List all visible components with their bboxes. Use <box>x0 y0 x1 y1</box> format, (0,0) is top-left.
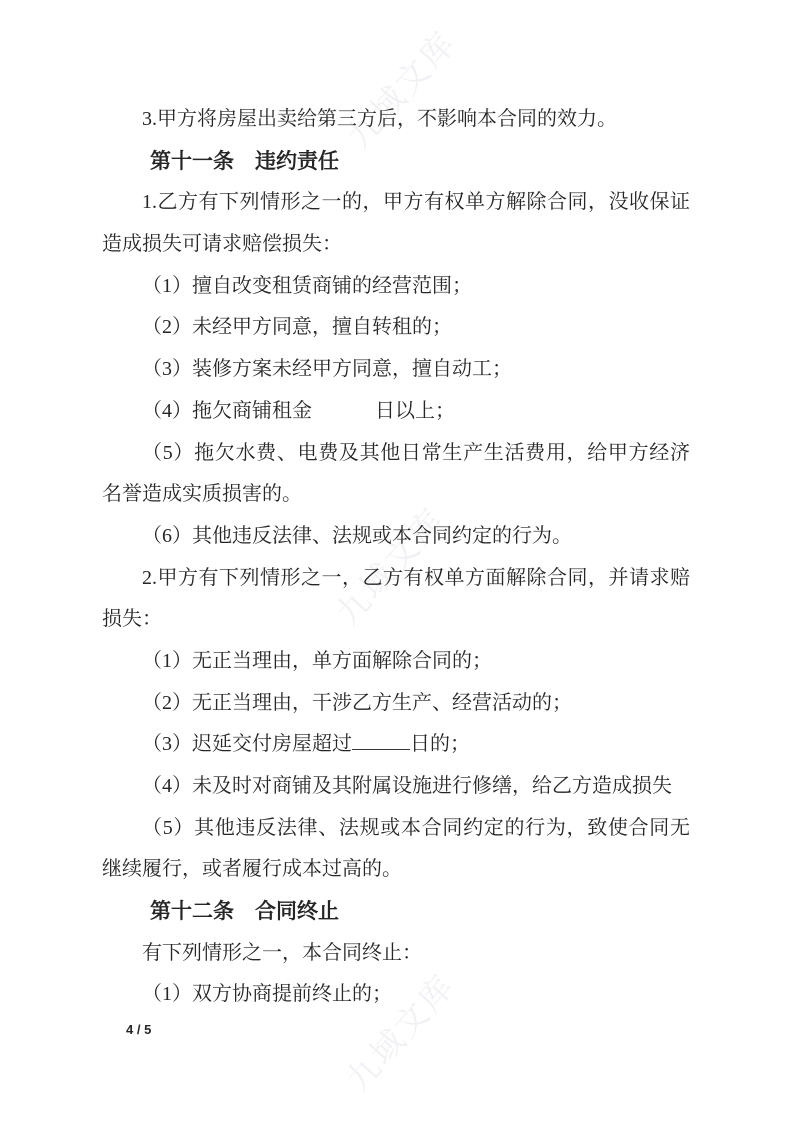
section-heading: 第十二条 合同终止 <box>102 891 690 933</box>
document-line: 名誉造成实质损害的。 <box>102 474 690 516</box>
document-line: （4）拖欠商铺租金日以上； <box>102 391 690 433</box>
section-heading: 第十一条 违约责任 <box>102 141 690 183</box>
document-line: 3.甲方将房屋出卖给第三方后，不影响本合同的效力。 <box>102 99 690 141</box>
page-number-label: 4 / 5 <box>126 1022 151 1037</box>
document-line: （4）未及时对商铺及其附属设施进行修缮，给乙方造成损失的。 <box>102 766 690 808</box>
document-page: 九域文库九域文库九域文库 3.甲方将房屋出卖给第三方后，不影响本合同的效力。第十… <box>0 0 793 1122</box>
document-line: （1）无正当理由，单方面解除合同的； <box>102 641 690 683</box>
document-line: （6）其他违反法律、法规或本合同约定的行为。 <box>102 516 690 558</box>
document-line: 继续履行，或者履行成本过高的。 <box>102 849 690 891</box>
document-line: 有下列情形之一，本合同终止： <box>102 933 690 975</box>
document-line: （5）其他违反法律、法规或本合同约定的行为，致使合同无法 <box>102 808 690 850</box>
document-line: 2.甲方有下列情形之一，乙方有权单方面解除合同，并请求赔偿 <box>102 558 690 600</box>
document-body: 3.甲方将房屋出卖给第三方后，不影响本合同的效力。第十一条 违约责任1.乙方有下… <box>102 99 690 1016</box>
document-line: （2）未经甲方同意，擅自转租的； <box>102 307 690 349</box>
document-line: （1）擅自改变租赁商铺的经营范围； <box>102 266 690 308</box>
document-line: （1）双方协商提前终止的； <box>102 974 690 1016</box>
document-line: 造成损失可请求赔偿损失： <box>102 224 690 266</box>
document-line: （2）无正当理由，干涉乙方生产、经营活动的； <box>102 683 690 725</box>
document-line: （3）迟延交付房屋超过日的； <box>102 724 690 766</box>
document-line: 1.乙方有下列情形之一的，甲方有权单方解除合同，没收保证金， <box>102 182 690 224</box>
document-line: （5）拖欠水费、电费及其他日常生产生活费用，给甲方经济或 <box>102 433 690 475</box>
document-line: （3）装修方案未经甲方同意，擅自动工； <box>102 349 690 391</box>
fill-in-blank-line <box>352 729 410 750</box>
document-line: 损失： <box>102 599 690 641</box>
